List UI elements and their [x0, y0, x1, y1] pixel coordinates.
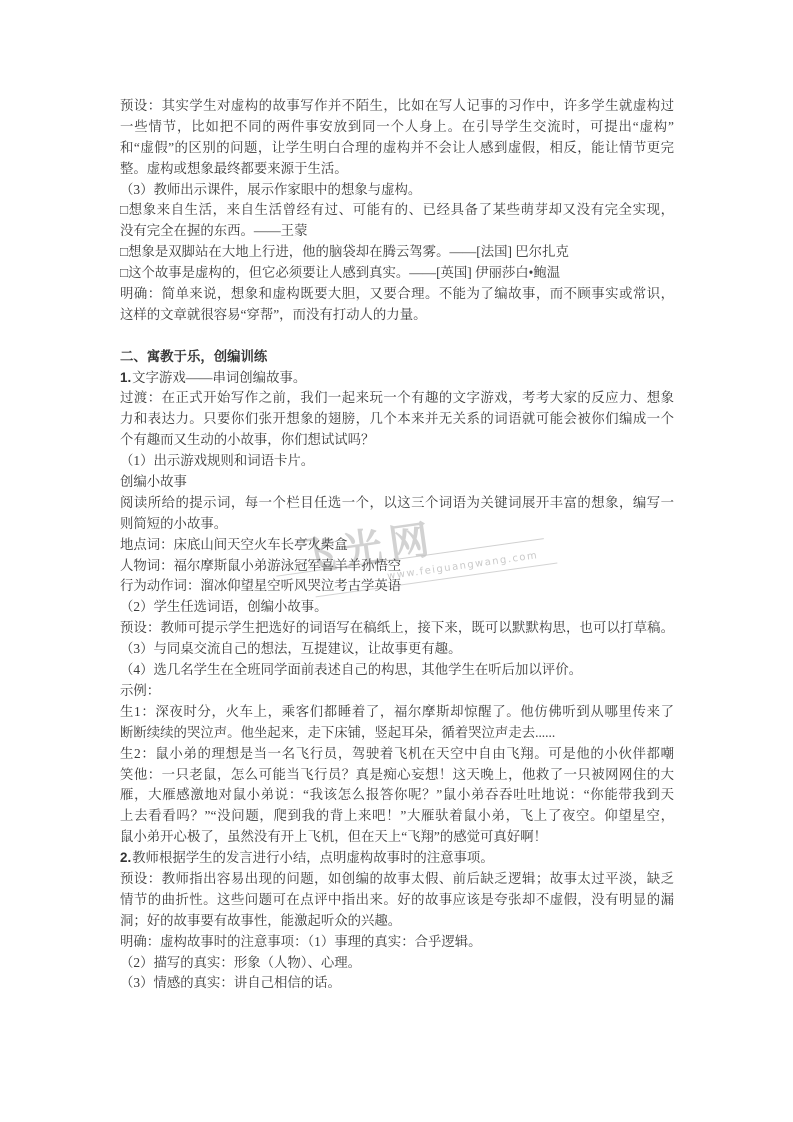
text-line: 创编小故事 [120, 472, 674, 493]
text-line: 地点词：床底山间天空火车长亭火柴盒 [120, 535, 674, 556]
text-line: 整。虚构或想象最终都要来源于生活。 [120, 159, 674, 180]
text-line: （2）学生任选词语，创编小故事。 [120, 597, 674, 618]
text-line: □想象是双脚站在大地上行进，他的脑袋却在腾云驾雾。——[法国] 巴尔扎克 [120, 242, 674, 263]
text-line: 生2：鼠小弟的理想是当一名飞行员，驾驶着飞机在天空中自由飞翔。可是他的小伙伴都嘲 [120, 744, 674, 765]
text-line: 二、寓教于乐，创编训练 [120, 347, 674, 368]
text-line: 生1：深夜时分，火车上，乘客们都睡着了，福尔摩斯却惊醒了。他仿佛听到从哪里传来了 [120, 702, 674, 723]
line-number-prefix: 1. [120, 370, 131, 385]
text-line: 预设：教师可提示学生把选好的词语写在稿纸上，接下来，既可以默默构思，也可以打草稿… [120, 618, 674, 639]
text-line: 洞；好的故事要有故事性，能激起听众的兴趣。 [120, 911, 674, 932]
text-line: 1.文字游戏——串词创编故事。 [120, 368, 674, 389]
text-line: □这个故事是虚构的，但它必须要让人感到真实。——[英国] 伊丽莎白•鲍温 [120, 263, 674, 284]
text-line: □想象来自生活，来自生活曾经有过、可能有的、已经具备了某些萌芽却又没有完全实现， [120, 200, 674, 221]
text-line: 行为动作词：溜冰仰望星空听风哭泣考古学英语 [120, 576, 674, 597]
text-line: 示例： [120, 681, 674, 702]
text-line: （3）教师出示课件，展示作家眼中的想象与虚构。 [120, 180, 674, 201]
text-line: 预设：其实学生对虚构的故事写作并不陌生，比如在写人记事的习作中，许多学生就虚构过 [120, 96, 674, 117]
text-line: 2.教师根据学生的发言进行小结，点明虚构故事时的注意事项。 [120, 848, 674, 869]
text-line: （3）情感的真实：讲自己相信的话。 [120, 973, 674, 994]
text-line [120, 326, 674, 347]
text-line: 力和表达力。只要你们张开想象的翅膀，几个本来并无关系的词语就可能会被你们编成一个 [120, 409, 674, 430]
text-line: 人物词：福尔摩斯鼠小弟游泳冠军喜羊羊孙悟空 [120, 556, 674, 577]
text-line: 笑他：一只老鼠，怎么可能当飞行员？真是痴心妄想！这天晚上，他救了一只被网网住的大 [120, 765, 674, 786]
text-line: 过渡：在正式开始写作之前，我们一起来玩一个有趣的文字游戏，考考大家的反应力、想象 [120, 388, 674, 409]
text-line: 断断续续的哭泣声。他坐起来，走下床铺，竖起耳朵，循着哭泣声走去...... [120, 723, 674, 744]
text-line: 预设：教师指出容易出现的问题，如创编的故事太假、前后缺乏逻辑；故事太过平淡，缺乏 [120, 869, 674, 890]
document-lines: 预设：其实学生对虚构的故事写作并不陌生，比如在写人记事的习作中，许多学生就虚构过… [120, 96, 674, 994]
text-line: 雁，大雁感激地对鼠小弟说：“我该怎么报答你呢？”鼠小弟吞吞吐吐地说：“你能带我到… [120, 785, 674, 806]
line-number-prefix: 2. [120, 850, 131, 865]
text-line: 一些情节，比如把不同的两件事安放到同一个人身上。在引导学生交流时，可提出“虚构” [120, 117, 674, 138]
text-line: 上去看看吗？”“没问题，爬到我的背上来吧！”大雁驮着鼠小弟，飞上了夜空。仰望星空… [120, 806, 674, 827]
text-line: 明确：简单来说，想象和虚构既要大胆，又要合理。不能为了编故事，而不顾事实或常识， [120, 284, 674, 305]
document-page: 飞光网 www.feiguangwang.com 预设：其实学生对虚构的故事写作… [0, 0, 793, 1122]
text-line: （2）描写的真实：形象（人物）、心理。 [120, 953, 674, 974]
text-line: 则简短的小故事。 [120, 514, 674, 535]
text-line: 这样的文章就很容易“穿帮”，而没有打动人的力量。 [120, 305, 674, 326]
text-line: 阅读所给的提示词，每一个栏目任选一个，以这三个词语为关键词展开丰富的想象，编写一 [120, 493, 674, 514]
text-line: （3）与同桌交流自己的想法，互提建议，让故事更有趣。 [120, 639, 674, 660]
text-line: 没有完全在握的东西。——王蒙 [120, 221, 674, 242]
text-line: （4）选几名学生在全班同学面前表述自己的构思，其他学生在听后加以评价。 [120, 660, 674, 681]
text-line: 个有趣而又生动的小故事，你们想试试吗？ [120, 430, 674, 451]
text-line: 情节的曲折性。这些问题可在点评中指出来。好的故事应该是夸张却不虚假，没有明显的漏 [120, 890, 674, 911]
text-line: 鼠小弟开心极了，虽然没有开上飞机，但在天上“飞翔”的感觉可真好啊！ [120, 827, 674, 848]
text-line: 明确：虚构故事时的注意事项：（1）事理的真实：合乎逻辑。 [120, 932, 674, 953]
text-line: 和“虚假”的区别的问题，让学生明白合理的虚构并不会让人感到虚假，相反，能让情节更… [120, 138, 674, 159]
text-line: （1）出示游戏规则和词语卡片。 [120, 451, 674, 472]
